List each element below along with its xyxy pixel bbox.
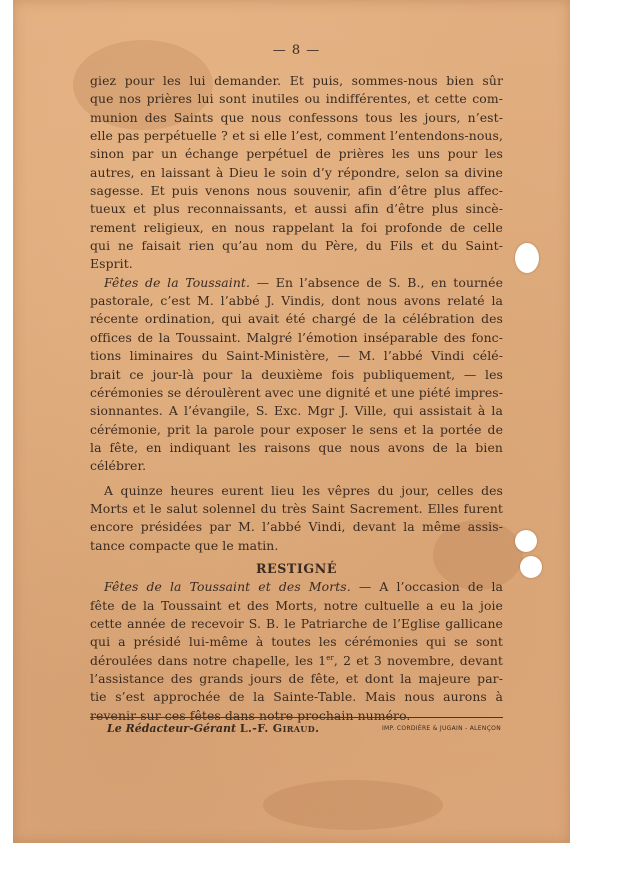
text-line: tie s’est approchée de la Sainte-Table. … (90, 688, 503, 706)
text-line: offices de la Toussaint. Malgré l’émotio… (90, 329, 503, 347)
text-line: Esprit. (90, 255, 503, 273)
text-line: cérémonie, prit la parole pour exposer l… (90, 421, 503, 439)
text-line: pastorale, c’est M. l’abbé J. Vindis, do… (90, 292, 503, 310)
text-fragment: , 2 et 3 novembre, devant (334, 653, 503, 668)
ordinal-superscript: er (326, 654, 334, 662)
text-line: tueux et plus reconnaissants, et aussi a… (90, 200, 503, 218)
text-line: l’assistance des grands jours de fête, e… (90, 670, 503, 688)
editor-name: L.-F. Giraud. (240, 722, 319, 735)
section-heading: RESTIGNÉ (90, 560, 503, 578)
body-text: giez pour les lui demander. Et puis, som… (90, 72, 503, 725)
text-line: autres, en laissant à Dieu le soin d’y r… (90, 164, 503, 182)
text-line: A quinze heures eurent lieu les vêpres d… (90, 482, 503, 500)
paragraph-title: Fêtes de la Toussaint et des Morts. (104, 579, 351, 594)
text-line: elle pas perpétuelle ? et si elle l’est,… (90, 127, 503, 145)
text-line: sinon par un échange perpétuel de prière… (90, 145, 503, 163)
paragraph-title: Fêtes de la Toussaint. (104, 275, 250, 290)
text-line: rement religieux, en nous rappelant la f… (90, 219, 503, 237)
paragraph-restigne: Fêtes de la Toussaint et des Morts. — A … (90, 578, 503, 725)
text-line: déroulées dans notre chapelle, les 1er, … (90, 652, 503, 670)
editor-label: Le Rédacteur-Gérant (107, 722, 236, 735)
text-line: récente ordination, qui avait été chargé… (90, 310, 503, 328)
text-line: qui ne faisait rien qu’au nom du Père, d… (90, 237, 503, 255)
text-fragment: — A l’occasion de la (351, 579, 503, 594)
paragraph-toussaint: Fêtes de la Toussaint. — En l’absence de… (90, 274, 503, 476)
text-line: Fêtes de la Toussaint. — En l’absence de… (90, 274, 503, 292)
paragraph-1: giez pour les lui demander. Et puis, som… (90, 72, 503, 274)
paper-stain (263, 780, 443, 830)
text-line: Fêtes de la Toussaint et des Morts. — A … (90, 578, 503, 596)
text-line: Morts et le salut solennel du très Saint… (90, 500, 503, 518)
text-line: fête de la Toussaint et des Morts, notre… (90, 597, 503, 615)
text-line: la fête, en indiquant les raisons que no… (90, 439, 503, 457)
binder-hole (515, 530, 537, 552)
page-number: — 8 — (90, 43, 503, 58)
text-line: sagesse. Et puis venons nous souvenir, a… (90, 182, 503, 200)
text-fragment: déroulées dans notre chapelle, les 1 (90, 653, 326, 668)
text-line: qui a présidé lui-même à toutes les céré… (90, 633, 503, 651)
text-line: encore présidées par M. l’abbé Vindi, de… (90, 518, 503, 536)
text-line: cérémonies se déroulèrent avec une digni… (90, 384, 503, 402)
text-line: célébrer. (90, 457, 503, 475)
text-line: brait ce jour-là pour la deuxième fois p… (90, 366, 503, 384)
text-fragment: — En l’absence de S. B., en tournée (250, 275, 503, 290)
text-line: cette année de recevoir S. B. le Patriar… (90, 615, 503, 633)
text-line: tance compacte que le matin. (90, 537, 503, 555)
paragraph-vespers: A quinze heures eurent lieu les vêpres d… (90, 482, 503, 555)
binder-hole (515, 243, 539, 273)
printer-credit: IMP. CORDIÈRE & JUGAIN - ALENÇON (382, 725, 501, 732)
binder-hole (520, 556, 542, 578)
page-footer: Le Rédacteur-Gérant L.-F. Giraud. IMP. C… (90, 722, 503, 740)
text-line: tions liminaires du Saint-Ministère, — M… (90, 347, 503, 365)
editor-credit: Le Rédacteur-Gérant L.-F. Giraud. (107, 722, 319, 735)
text-line: giez pour les lui demander. Et puis, som… (90, 72, 503, 90)
text-line: que nos prières lui sont inutiles ou ind… (90, 90, 503, 108)
text-line: sionnantes. A l’évangile, S. Exc. Mgr J.… (90, 402, 503, 420)
text-line: munion des Saints que nous confessons to… (90, 109, 503, 127)
footer-divider (90, 717, 503, 718)
page-header: — 8 — (90, 0, 503, 70)
